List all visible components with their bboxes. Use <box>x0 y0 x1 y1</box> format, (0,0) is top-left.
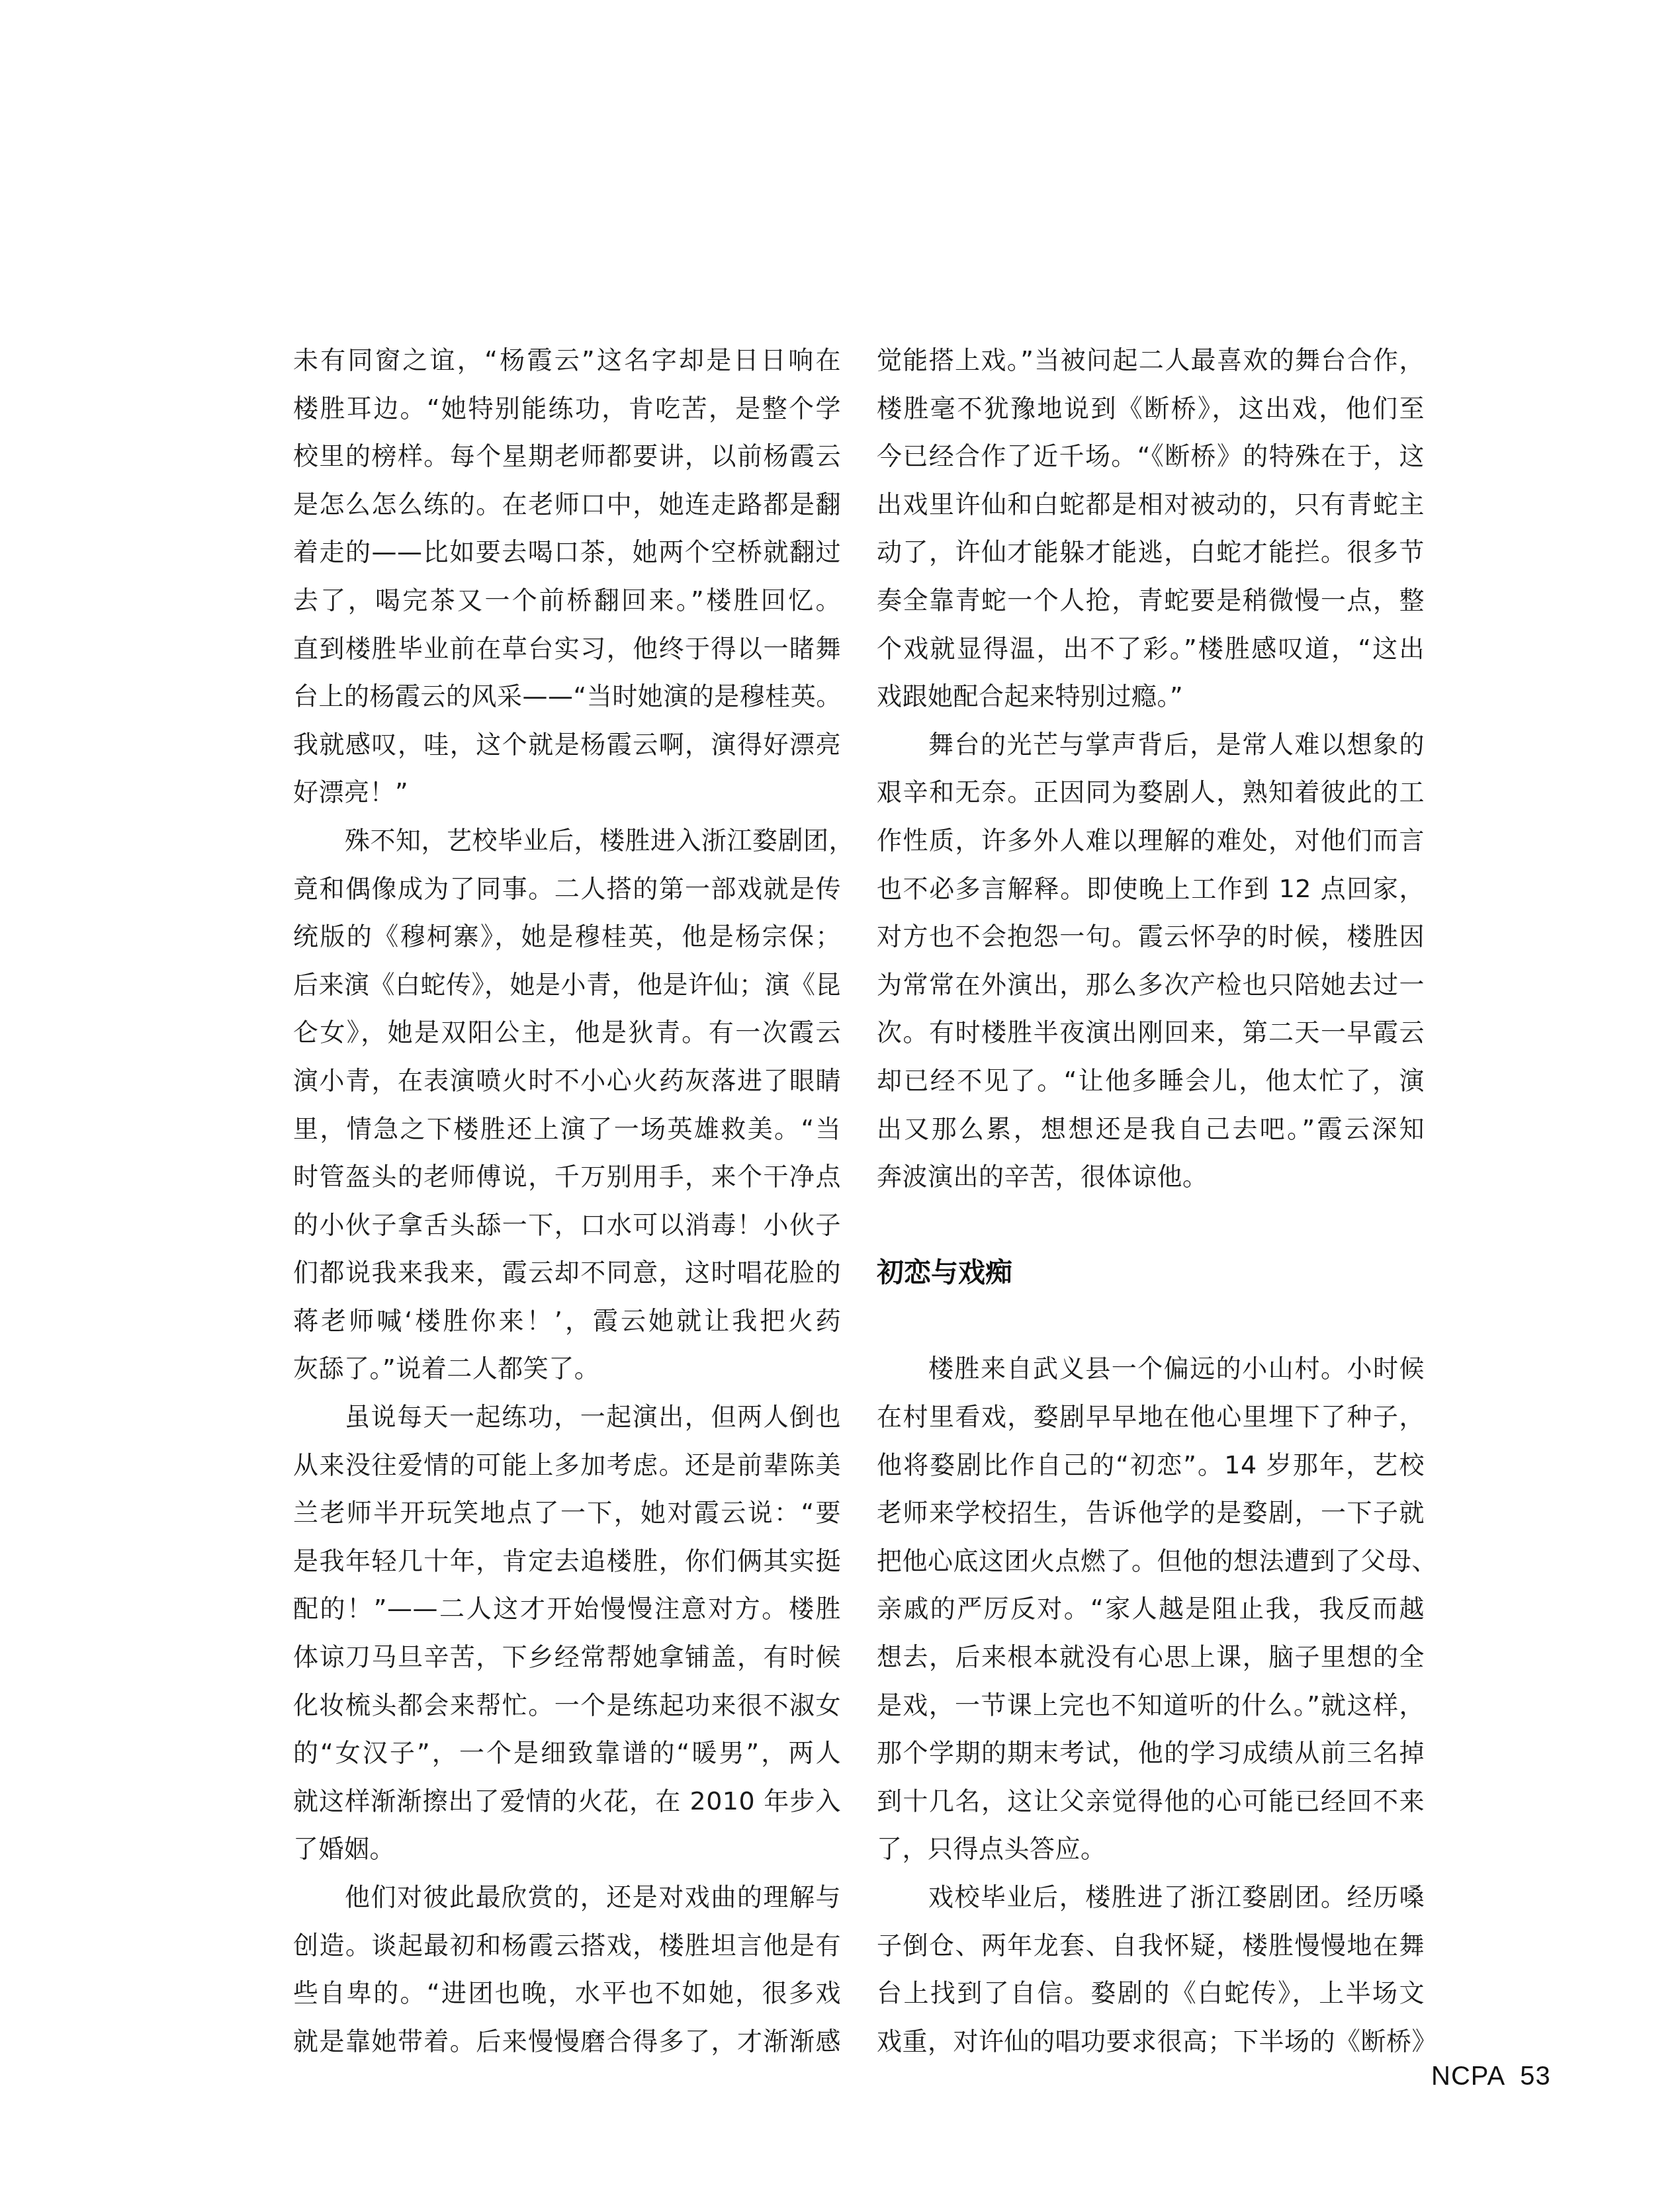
text-line: 奏全靠青蛇一个人抢，青蛇要是稍微慢一点，整 <box>877 576 1425 625</box>
text-line: 是怎么怎么练的。在老师口中，她连走路都是翻 <box>293 480 841 529</box>
text-line: 想去，后来根本就没有心思上课，脑子里想的全 <box>877 1633 1425 1681</box>
text-line: 的“女汉子”，一个是细致靠谱的“暖男”，两人 <box>293 1729 841 1777</box>
paragraph-start-line: 舞台的光芒与掌声背后，是常人难以想象的 <box>877 721 1425 769</box>
text-line: 直到楼胜毕业前在草台实习，他终于得以一睹舞 <box>293 625 841 673</box>
left-column: 未有同窗之谊，“杨霞云”这名字却是日日响在楼胜耳边。“她特别能练功，肯吃苦，是整… <box>293 336 841 2065</box>
text-line: 老师来学校招生，告诉他学的是婺剧，一下子就 <box>877 1489 1425 1537</box>
text-line: 他将婺剧比作自己的“初恋”。14 岁那年，艺校 <box>877 1441 1425 1489</box>
paragraph-start-line: 殊不知，艺校毕业后，楼胜进入浙江婺剧团， <box>293 816 841 865</box>
text-line: 蒋老师喊‘楼胜你来！’，霞云她就让我把火药 <box>293 1297 841 1345</box>
text-line: 奔波演出的辛苦，很体谅他。 <box>877 1153 1425 1201</box>
text-line: 动了，许仙才能躲才能逃，白蛇才能拦。很多节 <box>877 528 1425 576</box>
text-line: 子倒仓、两年龙套、自我怀疑，楼胜慢慢地在舞 <box>877 1921 1425 1970</box>
text-line: 后来演《白蛇传》，她是小青，他是许仙；演《昆 <box>293 961 841 1009</box>
text-line: 就是靠她带着。后来慢慢磨合得多了，才渐渐感 <box>293 2017 841 2066</box>
text-line: 戏跟她配合起来特别过瘾。” <box>877 672 1425 721</box>
text-line: 里，情急之下楼胜还上演了一场英雄救美。“当 <box>293 1105 841 1153</box>
text-line: 楼胜毫不犹豫地说到《断桥》，这出戏，他们至 <box>877 384 1425 433</box>
text-line: 到十几名，这让父亲觉得他的心可能已经回不来 <box>877 1777 1425 1825</box>
text-line: 校里的榜样。每个星期老师都要讲，以前杨霞云 <box>293 432 841 480</box>
text-line: 是我年轻几十年，肯定去追楼胜，你们俩其实挺 <box>293 1537 841 1585</box>
text-line: 竟和偶像成为了同事。二人搭的第一部戏就是传 <box>293 865 841 913</box>
text-line: 为常常在外演出，那么多次产检也只陪她去过一 <box>877 961 1425 1009</box>
text-line: 仑女》，她是双阳公主，他是狄青。有一次霞云 <box>293 1008 841 1057</box>
text-line: 我就感叹，哇，这个就是杨霞云啊，演得好漂亮 <box>293 721 841 769</box>
text-line: 觉能搭上戏。”当被问起二人最喜欢的舞台合作， <box>877 336 1425 384</box>
text-line: 灰舔了。”说着二人都笑了。 <box>293 1344 841 1393</box>
text-line: 是戏，一节课上完也不知道听的什么。”就这样， <box>877 1681 1425 1729</box>
text-line: 好漂亮！” <box>293 768 841 816</box>
text-line: 今已经合作了近千场。“《断桥》的特殊在于，这 <box>877 432 1425 480</box>
text-line: 那个学期的期末考试，他的学习成绩从前三名掉 <box>877 1729 1425 1777</box>
text-line: 些自卑的。“进团也晚，水平也不如她，很多戏 <box>293 1969 841 2017</box>
text-line: 把他心底这团火点燃了。但他的想法遭到了父母、 <box>877 1537 1425 1585</box>
text-line: 演小青，在表演喷火时不小心火药灰落进了眼睛 <box>293 1057 841 1105</box>
publication-name: NCPA <box>1431 2062 1505 2091</box>
text-line: 戏重，对许仙的唱功要求很高；下半场的《断桥》 <box>877 2017 1425 2066</box>
page-number: 53 <box>1520 2062 1551 2091</box>
paragraph-start-line: 他们对彼此最欣赏的，还是对戏曲的理解与 <box>293 1873 841 1921</box>
text-line: 配的！”——二人这才开始慢慢注意对方。楼胜 <box>293 1585 841 1633</box>
paragraph-start-line: 虽说每天一起练功，一起演出，但两人倒也 <box>293 1393 841 1441</box>
text-line: 体谅刀马旦辛苦，下乡经常帮她拿铺盖，有时候 <box>293 1633 841 1681</box>
text-line: 未有同窗之谊，“杨霞云”这名字却是日日响在 <box>293 336 841 384</box>
text-line: 们都说我来我来，霞云却不同意，这时唱花脸的 <box>293 1248 841 1297</box>
text-line: 时管盔头的老师傅说，千万别用手，来个干净点 <box>293 1153 841 1201</box>
text-line: 台上的杨霞云的风采——“当时她演的是穆桂英。 <box>293 672 841 721</box>
spacer <box>877 1201 1425 1249</box>
section-heading: 初恋与戏痴 <box>877 1248 1425 1297</box>
text-line: 出戏里许仙和白蛇都是相对被动的，只有青蛇主 <box>877 480 1425 529</box>
text-line: 也不必多言解释。即使晚上工作到 12 点回家， <box>877 865 1425 913</box>
paragraph-start-line: 楼胜来自武义县一个偏远的小山村。小时候 <box>877 1344 1425 1393</box>
right-column: 觉能搭上戏。”当被问起二人最喜欢的舞台合作，楼胜毫不犹豫地说到《断桥》，这出戏，… <box>877 336 1425 2065</box>
text-line: 化妆梳头都会来帮忙。一个是练起功来很不淑女 <box>293 1681 841 1729</box>
page-footer: NCPA53 <box>1431 2062 1566 2091</box>
text-line: 楼胜耳边。“她特别能练功，肯吃苦，是整个学 <box>293 384 841 433</box>
text-line: 个戏就显得温，出不了彩。”楼胜感叹道，“这出 <box>877 625 1425 673</box>
text-line: 作性质，许多外人难以理解的难处，对他们而言 <box>877 816 1425 865</box>
text-line: 对方也不会抱怨一句。霞云怀孕的时候，楼胜因 <box>877 912 1425 961</box>
text-line: 却已经不见了。“让他多睡会儿，他太忙了，演 <box>877 1057 1425 1105</box>
spacer <box>877 1297 1425 1345</box>
text-line: 了婚姻。 <box>293 1825 841 1873</box>
text-line: 的小伙子拿舌头舔一下，口水可以消毒！小伙子 <box>293 1201 841 1249</box>
text-line: 去了，喝完茶又一个前桥翻回来。”楼胜回忆。 <box>293 576 841 625</box>
text-line: 从来没往爱情的可能上多加考虑。还是前辈陈美 <box>293 1441 841 1489</box>
text-line: 创造。谈起最初和杨霞云搭戏，楼胜坦言他是有 <box>293 1921 841 1970</box>
text-line: 艰辛和无奈。正因同为婺剧人，熟知着彼此的工 <box>877 768 1425 816</box>
text-line: 次。有时楼胜半夜演出刚回来，第二天一早霞云 <box>877 1008 1425 1057</box>
text-line: 出又那么累，想想还是我自己去吧。”霞云深知 <box>877 1105 1425 1153</box>
text-line: 着走的——比如要去喝口茶，她两个空桥就翻过 <box>293 528 841 576</box>
text-line: 了，只得点头答应。 <box>877 1825 1425 1873</box>
text-line: 统版的《穆柯寨》，她是穆桂英，他是杨宗保； <box>293 912 841 961</box>
paragraph-start-line: 戏校毕业后，楼胜进了浙江婺剧团。经历嗓 <box>877 1873 1425 1921</box>
text-line: 台上找到了自信。婺剧的《白蛇传》，上半场文 <box>877 1969 1425 2017</box>
text-line: 亲戚的严厉反对。“家人越是阻止我，我反而越 <box>877 1585 1425 1633</box>
text-line: 就这样渐渐擦出了爱情的火花，在 2010 年步入 <box>293 1777 841 1825</box>
text-line: 在村里看戏，婺剧早早地在他心里埋下了种子， <box>877 1393 1425 1441</box>
text-line: 兰老师半开玩笑地点了一下，她对霞云说：“要 <box>293 1489 841 1537</box>
